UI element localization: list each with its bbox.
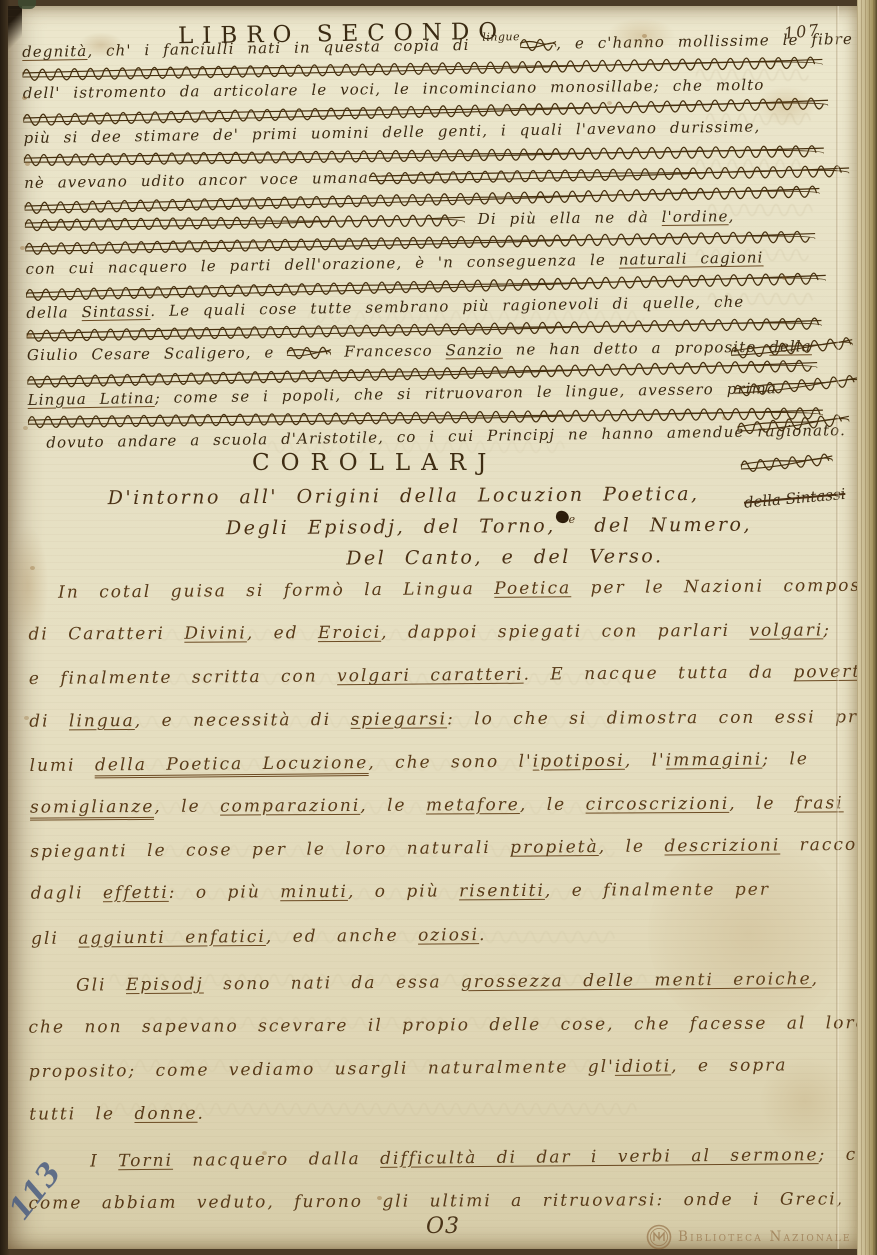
manuscript-line: di Caratteri Divini, ed Eroici, dappoi s… xyxy=(28,621,840,668)
library-watermark: Biblioteca Nazionale di Napoli xyxy=(646,1224,877,1250)
manuscript-line: proposito; come vediamo usargli naturalm… xyxy=(29,1055,841,1105)
manuscript-line: di lingua, e necessità di spiegarsi: lo … xyxy=(29,707,841,754)
foxing-dots xyxy=(22,96,27,100)
manuscript-line: spieganti le cose per le loro naturali p… xyxy=(30,835,842,885)
quire-catchword: O3 xyxy=(426,1214,460,1239)
manuscript-line: tutti le donne. xyxy=(29,1100,841,1147)
watermark-logo-icon xyxy=(646,1224,672,1250)
manuscript-line: lumi della Poetica Locuzione, che sono l… xyxy=(30,749,842,799)
manuscript-line: Del Canto, e del Verso. xyxy=(8,544,820,581)
book-fore-edge xyxy=(857,0,877,1255)
watermark-text: Biblioteca Nazionale di Napoli xyxy=(678,1229,877,1245)
manuscript-line: In cotal guisa si formò la Lingua Poetic… xyxy=(28,576,840,626)
manuscript-line: gli aggiunti enfatici, ed anche oziosi. xyxy=(31,921,843,971)
manuscript-page: LIBRO SECONDO 107 degnità, ch' i fanciul… xyxy=(8,6,857,1249)
manuscript-line: somiglianze, le comparazioni, le metafor… xyxy=(30,793,842,840)
page-crease xyxy=(836,6,839,1249)
margin-notes: della Sintassi xyxy=(730,330,877,531)
manuscript-line: Gli Episodj sono nati da essa grossezza … xyxy=(28,969,840,1019)
gutter-corner-shadow xyxy=(8,6,22,52)
manuscript-line: e finalmente scritta con volgari caratte… xyxy=(29,662,841,712)
paragraph-1: In cotal guisa si formò la Lingua Poetic… xyxy=(28,576,843,972)
manuscript-line: che non sapevano scevrare il propio dell… xyxy=(28,1014,840,1061)
manuscript-line: dagli effetti: o più minuti, o più risen… xyxy=(31,880,843,927)
manuscript-line: I Torni nacquero dalla difficultà di dar… xyxy=(28,1145,840,1195)
paragraph-2: Gli Episodj sono nati da essa grossezza … xyxy=(28,969,841,1149)
binding-mark xyxy=(18,0,36,9)
manuscript-scan: LIBRO SECONDO 107 degnità, ch' i fanciul… xyxy=(0,0,877,1255)
chapter-subheadings: D'intorno all' Origini della Locuzion Po… xyxy=(8,482,821,581)
corollarj-heading: COROLLARJ xyxy=(252,450,497,476)
revised-text-block: degnità, ch' i fanciulli nati in questa … xyxy=(22,29,843,456)
